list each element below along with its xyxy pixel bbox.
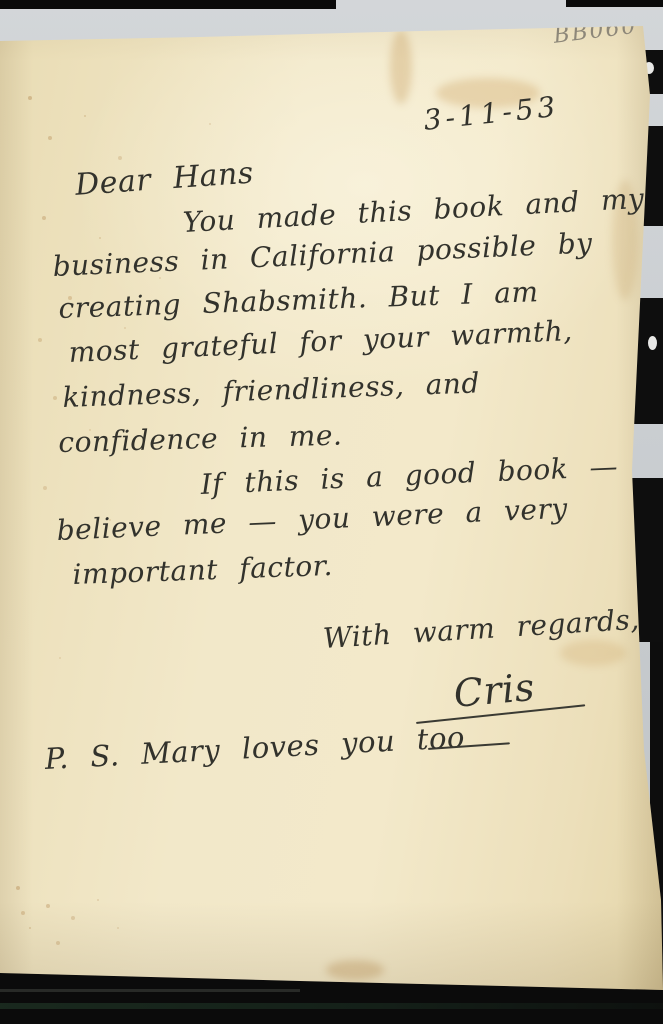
table-edge-highlight bbox=[0, 989, 300, 992]
stain bbox=[326, 960, 384, 980]
foxing-spots bbox=[16, 886, 20, 890]
foxing-spots bbox=[28, 96, 32, 100]
letter-page: BB060 3-11-53 Dear Hans You made this bo… bbox=[0, 0, 663, 1024]
top-edge-shadow-left bbox=[0, 0, 336, 9]
letter-photo: BB060 3-11-53 Dear Hans You made this bo… bbox=[0, 0, 663, 1024]
stain bbox=[560, 640, 626, 666]
binding-strip-dot bbox=[648, 336, 657, 350]
stain bbox=[390, 30, 412, 104]
top-edge-shadow-right bbox=[566, 0, 663, 7]
signature: Cris bbox=[452, 665, 536, 716]
table-green-reflection bbox=[0, 1003, 663, 1009]
